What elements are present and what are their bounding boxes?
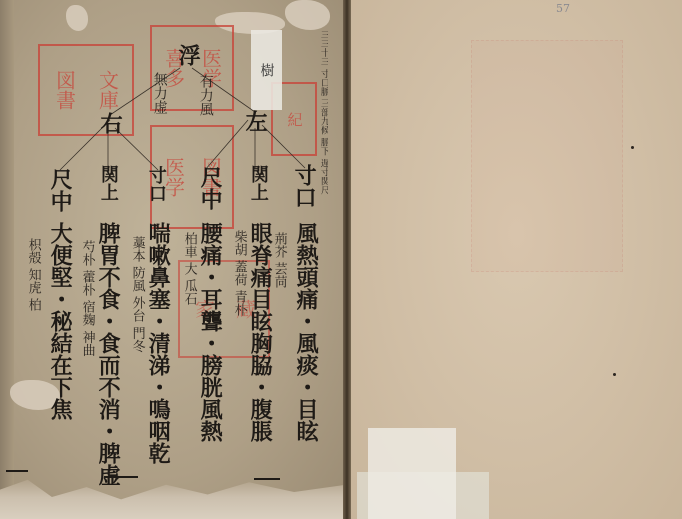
heading-chi-right: 尺中 xyxy=(48,168,71,212)
column-text: 風熱頭痛・風痰・目眩 xyxy=(294,222,317,442)
column-remedies: 荊芥 芸苘 xyxy=(272,232,286,288)
margin-column-text: 三三十三 寸口脈 三部九候 脈下 遅寸関尺 xyxy=(318,30,328,220)
heading-chi-left: 尺中 xyxy=(198,166,221,210)
book-spread: 図書 文庫 喜多 医学 医学 図書 紀 家 蔵 樹 xyxy=(0,0,682,519)
ink-rule xyxy=(104,476,138,478)
column-remedies: 柏車 大 瓜石 xyxy=(182,232,196,305)
heading-guan-right: 関上 xyxy=(98,165,117,201)
ink-speck xyxy=(613,373,616,376)
ink-rule xyxy=(254,478,280,480)
column-remedies: 芍朴 藿朴 宿麹 神曲 xyxy=(80,240,94,356)
column-remedies: 柴胡 蓋荷 青朴 xyxy=(232,230,246,316)
column-text: 眼脊痛目眩胸脇・腹脹 xyxy=(248,222,271,442)
pencil-page-mark: 57 xyxy=(556,2,570,15)
column-remedies: 藁本 防風 外台 門冬 xyxy=(130,236,144,352)
column-text: 喘嗽鼻塞・清涕・鳴咽乾 xyxy=(146,222,169,464)
branch-left-label: 左 xyxy=(243,110,266,132)
heading-cun-right: 寸口 xyxy=(146,166,165,202)
ink-rule xyxy=(6,470,28,472)
column-remedies: 枳殻 知虎 柏 xyxy=(26,238,40,311)
column-text: 脾胃不食・食而不消・脾虚 xyxy=(96,222,119,486)
column-text: 大便堅・秘結在下焦 xyxy=(48,222,71,420)
left-page: 図書 文庫 喜多 医学 医学 図書 紀 家 蔵 樹 xyxy=(0,0,346,519)
seal-bleed-through xyxy=(471,40,623,272)
diagram-root: 浮 xyxy=(176,44,199,66)
ink-speck xyxy=(631,146,634,149)
heading-guan-left: 関上 xyxy=(248,165,267,201)
root-note-weak: 無力虚 xyxy=(152,72,167,114)
branch-right-label: 右 xyxy=(98,112,121,134)
heading-cun-left: 寸口 xyxy=(292,164,315,208)
repair-tape xyxy=(368,428,456,519)
column-text: 腰痛・耳聾・膀胱風熱 xyxy=(198,222,221,442)
root-note-strong: 有力風 xyxy=(198,74,213,116)
book-spine xyxy=(343,0,351,519)
